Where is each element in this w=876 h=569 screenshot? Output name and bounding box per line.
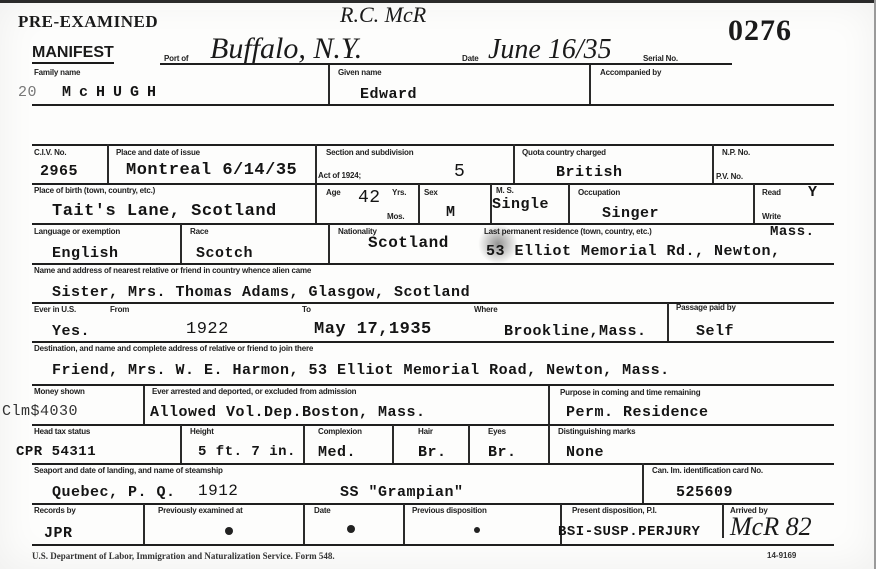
- prev-disp-divider: [403, 504, 405, 546]
- destination-label: Destination, and name and complete addre…: [34, 344, 313, 353]
- ever-in-us-value: Yes.: [52, 323, 90, 340]
- eyes-divider: [468, 425, 470, 465]
- height-divider: [180, 425, 182, 465]
- complexion-divider: [303, 425, 305, 465]
- card-divider: [642, 463, 644, 503]
- footer-agency: U.S. Department of Labor, Immigration an…: [32, 551, 335, 561]
- landing-port-value: Quebec, P. Q.: [52, 484, 176, 501]
- height-label: Height: [190, 427, 214, 436]
- language-value: English: [52, 245, 119, 262]
- date-divider: [303, 504, 305, 546]
- height-value: 5 ft. 7 in.: [198, 444, 296, 460]
- place-date-issue-value: Montreal 6/14/35: [126, 161, 297, 180]
- headtax-label: Head tax status: [34, 427, 90, 436]
- residence-value: 53 Elliot Memorial Rd., Newton,: [486, 243, 781, 260]
- records-label: Records by: [34, 506, 76, 515]
- accompanied-label: Accompanied by: [600, 68, 661, 77]
- marital-value: Single: [492, 196, 549, 213]
- complexion-value: Med.: [318, 444, 356, 461]
- date-value: June 16/35: [488, 34, 612, 66]
- prev-exam-label: Previously examined at: [158, 506, 243, 515]
- given-name-label: Given name: [338, 68, 381, 77]
- place-date-issue-label: Place and date of issue: [116, 148, 200, 157]
- act-label: Act of 1924;: [318, 171, 361, 180]
- headtax-value: CPR 54311: [16, 444, 96, 460]
- quota-value: British: [556, 164, 623, 181]
- passage-divider: [667, 303, 669, 341]
- relative-value: Sister, Mrs. Thomas Adams, Glasgow, Scot…: [52, 284, 470, 301]
- np-label: N.P. No.: [722, 148, 750, 157]
- handwritten-initials: R.C. McR: [340, 2, 426, 28]
- read-value: Y: [808, 184, 818, 201]
- language-bottom-line: [32, 263, 834, 265]
- eyes-label: Eyes: [488, 427, 506, 436]
- civ-bottom-line: [32, 183, 834, 185]
- nationality-divider: [328, 224, 330, 264]
- marks-value: None: [566, 444, 604, 461]
- purpose-value: Perm. Residence: [566, 404, 709, 421]
- from-value: 1922: [186, 320, 229, 339]
- pre-examined-stamp: PRE-EXAMINED: [18, 12, 158, 32]
- port-value: Buffalo, N.Y.: [210, 32, 362, 66]
- occupation-divider: [568, 184, 570, 224]
- present-disp-label: Present disposition, P.I.: [572, 506, 657, 515]
- sex-value: M: [446, 204, 456, 221]
- top-border: [0, 0, 876, 3]
- hair-label: Hair: [418, 427, 433, 436]
- arrested-divider: [143, 386, 145, 426]
- from-label: From: [110, 305, 129, 314]
- passage-label: Passage paid by: [676, 303, 736, 312]
- destination-value: Friend, Mrs. W. E. Harmon, 53 Elliot Mem…: [52, 362, 670, 379]
- port-label: Port of: [164, 54, 188, 63]
- civ-value: 2965: [40, 163, 78, 180]
- nationality-value: Scotland: [368, 234, 449, 252]
- language-label: Language or exemption: [34, 227, 120, 236]
- relative-label: Name and address of nearest relative or …: [34, 266, 311, 275]
- prev-disp-ditto-mark: [474, 527, 480, 533]
- header-line: [160, 63, 732, 65]
- name-row-line: [32, 104, 834, 106]
- form-type: MANIFEST: [32, 44, 114, 64]
- ever-in-us-label: Ever in U.S.: [34, 305, 76, 314]
- purpose-label: Purpose in coming and time remaining: [560, 388, 700, 397]
- accompanied-divider: [589, 65, 591, 105]
- landing-bottom-line: [32, 503, 834, 505]
- money-label: Money shown: [34, 387, 85, 396]
- arrived-divider: [722, 504, 724, 538]
- serial-label: Serial No.: [643, 54, 678, 63]
- marital-label: M. S.: [496, 186, 514, 195]
- records-value: JPR: [44, 525, 73, 542]
- records-date-label: Date: [314, 506, 331, 515]
- race-label: Race: [190, 227, 208, 236]
- passage-value: Self: [696, 323, 734, 340]
- age-label: Age: [326, 188, 341, 197]
- write-label: Write: [762, 212, 781, 221]
- yrs-label: Yrs.: [392, 188, 406, 197]
- date-ditto-mark: [347, 525, 355, 533]
- read-label: Read: [762, 188, 781, 197]
- family-name-value: McHUGH: [62, 84, 164, 101]
- present-disp-value: BSI-SUSP.PERJURY: [558, 524, 700, 540]
- read-divider: [753, 184, 755, 224]
- purpose-divider: [548, 386, 550, 426]
- footer-form-code: 14-9169: [767, 551, 796, 560]
- complexion-label: Complexion: [318, 427, 362, 436]
- residence-state: Mass.: [770, 224, 815, 240]
- physical-bottom-line: [32, 463, 834, 465]
- quota-label: Quota country charged: [522, 148, 606, 157]
- card-number: 0276: [728, 14, 792, 48]
- hair-divider: [392, 425, 394, 465]
- prev-exam-ditto-mark: [225, 527, 233, 535]
- manifest-card: PRE-EXAMINED R.C. McR 0276 MANIFEST Port…: [0, 0, 876, 569]
- residence-label: Last permanent residence (town, country,…: [484, 227, 652, 236]
- landing-ship-value: SS "Grampian": [340, 484, 464, 501]
- prefix-mark: 20: [18, 84, 37, 101]
- money-bottom-line: [32, 424, 834, 426]
- records-bottom-line: [32, 544, 834, 546]
- arrested-label: Ever arrested and deported, or excluded …: [152, 387, 356, 396]
- mos-label: Mos.: [387, 212, 404, 221]
- prev-exam-divider: [143, 504, 145, 546]
- landing-year-value: 1912: [198, 482, 238, 500]
- occupation-label: Occupation: [578, 188, 620, 197]
- birthplace-value: Tait's Lane, Scotland: [52, 202, 277, 221]
- np-divider: [712, 144, 714, 184]
- given-name-value: Edward: [360, 86, 417, 103]
- to-label: To: [302, 305, 311, 314]
- race-divider: [180, 224, 182, 264]
- prev-disp-label: Previous disposition: [412, 506, 487, 515]
- race-value: Scotch: [196, 245, 253, 262]
- quota-divider: [513, 144, 515, 184]
- landing-label: Seaport and date of landing, and name of…: [34, 466, 223, 475]
- birthplace-label: Place of birth (town, country, etc.): [34, 186, 155, 195]
- ever-in-us-bottom-line: [32, 341, 834, 343]
- card-label: Can. Im. identification card No.: [652, 466, 763, 475]
- where-label: Where: [474, 305, 497, 314]
- name-divider: [328, 65, 330, 105]
- birth-bottom-line: [32, 223, 834, 225]
- age-value: 42: [358, 188, 381, 208]
- date-label: Date: [462, 54, 479, 63]
- card-value: 525609: [676, 484, 733, 501]
- marks-label: Distinguishing marks: [558, 427, 635, 436]
- family-name-label: Family name: [34, 68, 80, 77]
- hair-value: Br.: [418, 444, 447, 461]
- eyes-value: Br.: [488, 444, 517, 461]
- marks-divider: [548, 425, 550, 465]
- to-value: May 17,1935: [314, 320, 432, 339]
- section-label: Section and subdivision: [326, 148, 413, 157]
- civ-label: C.I.V. No.: [34, 148, 66, 157]
- sex-divider: [418, 184, 420, 224]
- pv-label: P.V. No.: [716, 172, 743, 181]
- where-value: Brookline,Mass.: [504, 323, 647, 340]
- sex-label: Sex: [424, 188, 438, 197]
- civ-divider: [107, 144, 109, 184]
- section-value: 5: [454, 162, 465, 182]
- arrested-value: Allowed Vol.Dep.Boston, Mass.: [150, 404, 426, 421]
- occupation-value: Singer: [602, 205, 659, 222]
- money-value: Clm$4030: [2, 403, 78, 420]
- arrived-value: McR 82: [730, 512, 812, 542]
- destination-bottom-line: [32, 384, 834, 386]
